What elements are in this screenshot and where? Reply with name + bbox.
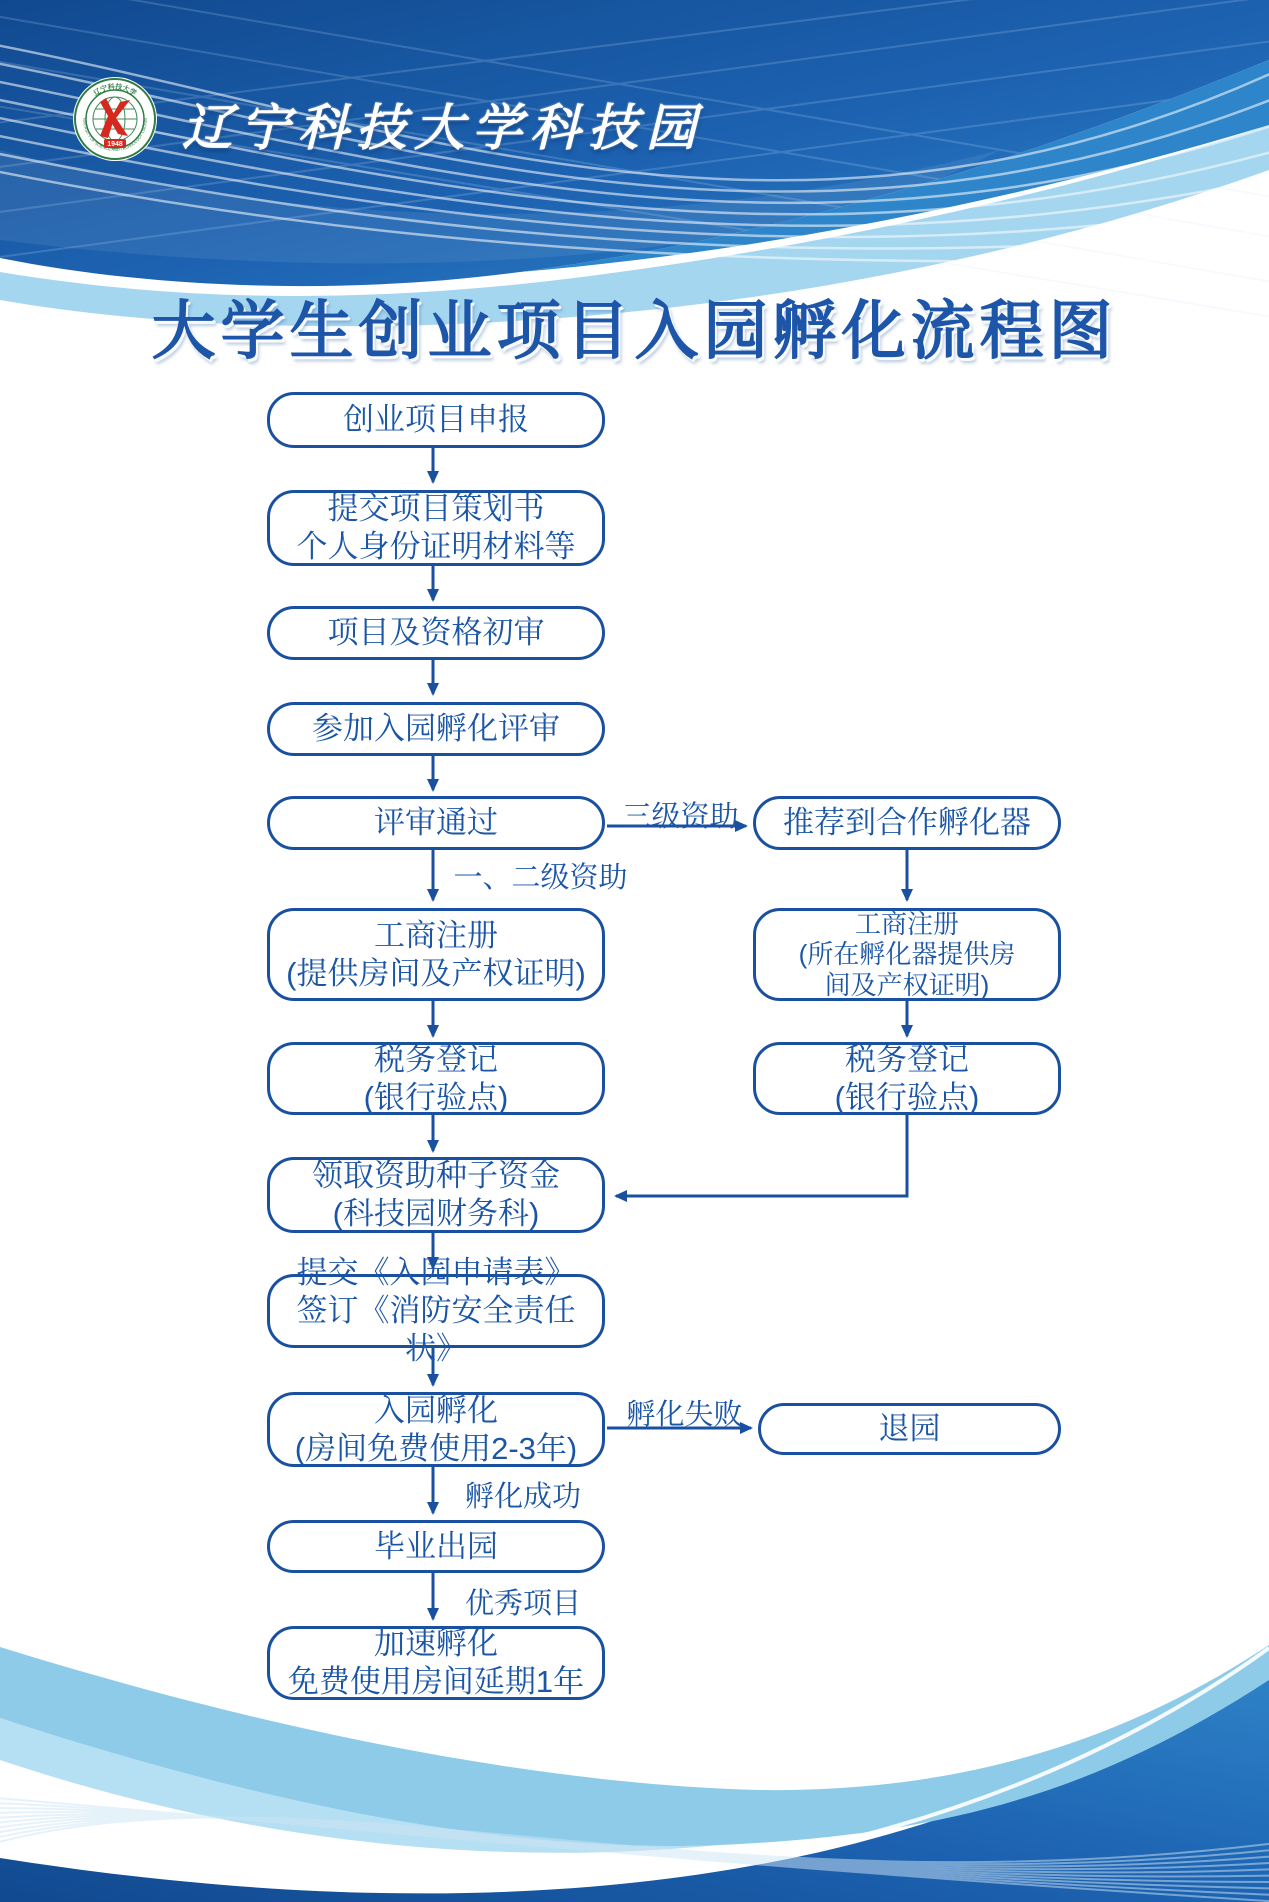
flow-node-tax-reg-right: 税务登记 (银行验点) [753, 1042, 1061, 1115]
brand-text: 辽宁科技大学科技园 [182, 88, 704, 160]
flow-node-declare: 创业项目申报 [267, 392, 605, 448]
flow-node-business-reg-right: 工商注册 (所在孵化器提供房 间及产权证明) [753, 908, 1061, 1001]
flow-node-graduate: 毕业出园 [267, 1520, 605, 1573]
flow-node-incubation-review: 参加入园孵化评审 [267, 702, 605, 756]
flow-node-accelerate: 加速孵化 免费使用房间延期1年 [267, 1626, 605, 1700]
flow-node-exit-park: 退园 [758, 1403, 1061, 1455]
flow-node-seed-fund: 领取资助种子资金 (科技园财务科) [267, 1157, 605, 1233]
flow-node-apply-form: 提交《入园申请表》 签订《消防安全责任状》 [267, 1274, 605, 1348]
flow-node-initial-review: 项目及资格初审 [267, 606, 605, 660]
flow-node-tax-reg-left: 税务登记 (银行验点) [267, 1042, 605, 1115]
edge-label-excellent: 优秀项目 [448, 1581, 598, 1622]
page-title: 大学生创业项目入园孵化流程图 [0, 280, 1269, 372]
flow-node-submit-docs: 提交项目策划书 个人身份证明材料等 [267, 490, 605, 566]
flow-node-incubate: 入园孵化 (房间免费使用2-3年) [267, 1392, 605, 1467]
edge-label-fail: 孵化失败 [612, 1392, 757, 1433]
edge-label-success: 孵化成功 [448, 1474, 598, 1515]
flow-node-recommend-partner: 推荐到合作孵化器 [753, 796, 1061, 850]
edge-label-tier12: 一、二级资助 [448, 855, 633, 896]
poster-root: 1948 辽宁科技大学 UNIVERSITY OF SCIENCE AND TE… [0, 0, 1269, 1902]
flow-node-business-reg-left: 工商注册 (提供房间及产权证明) [267, 908, 605, 1001]
edge-label-tier3: 三级资助 [608, 794, 753, 835]
university-logo: 1948 辽宁科技大学 UNIVERSITY OF SCIENCE AND TE… [72, 76, 158, 162]
flow-node-review-passed: 评审通过 [267, 796, 605, 850]
